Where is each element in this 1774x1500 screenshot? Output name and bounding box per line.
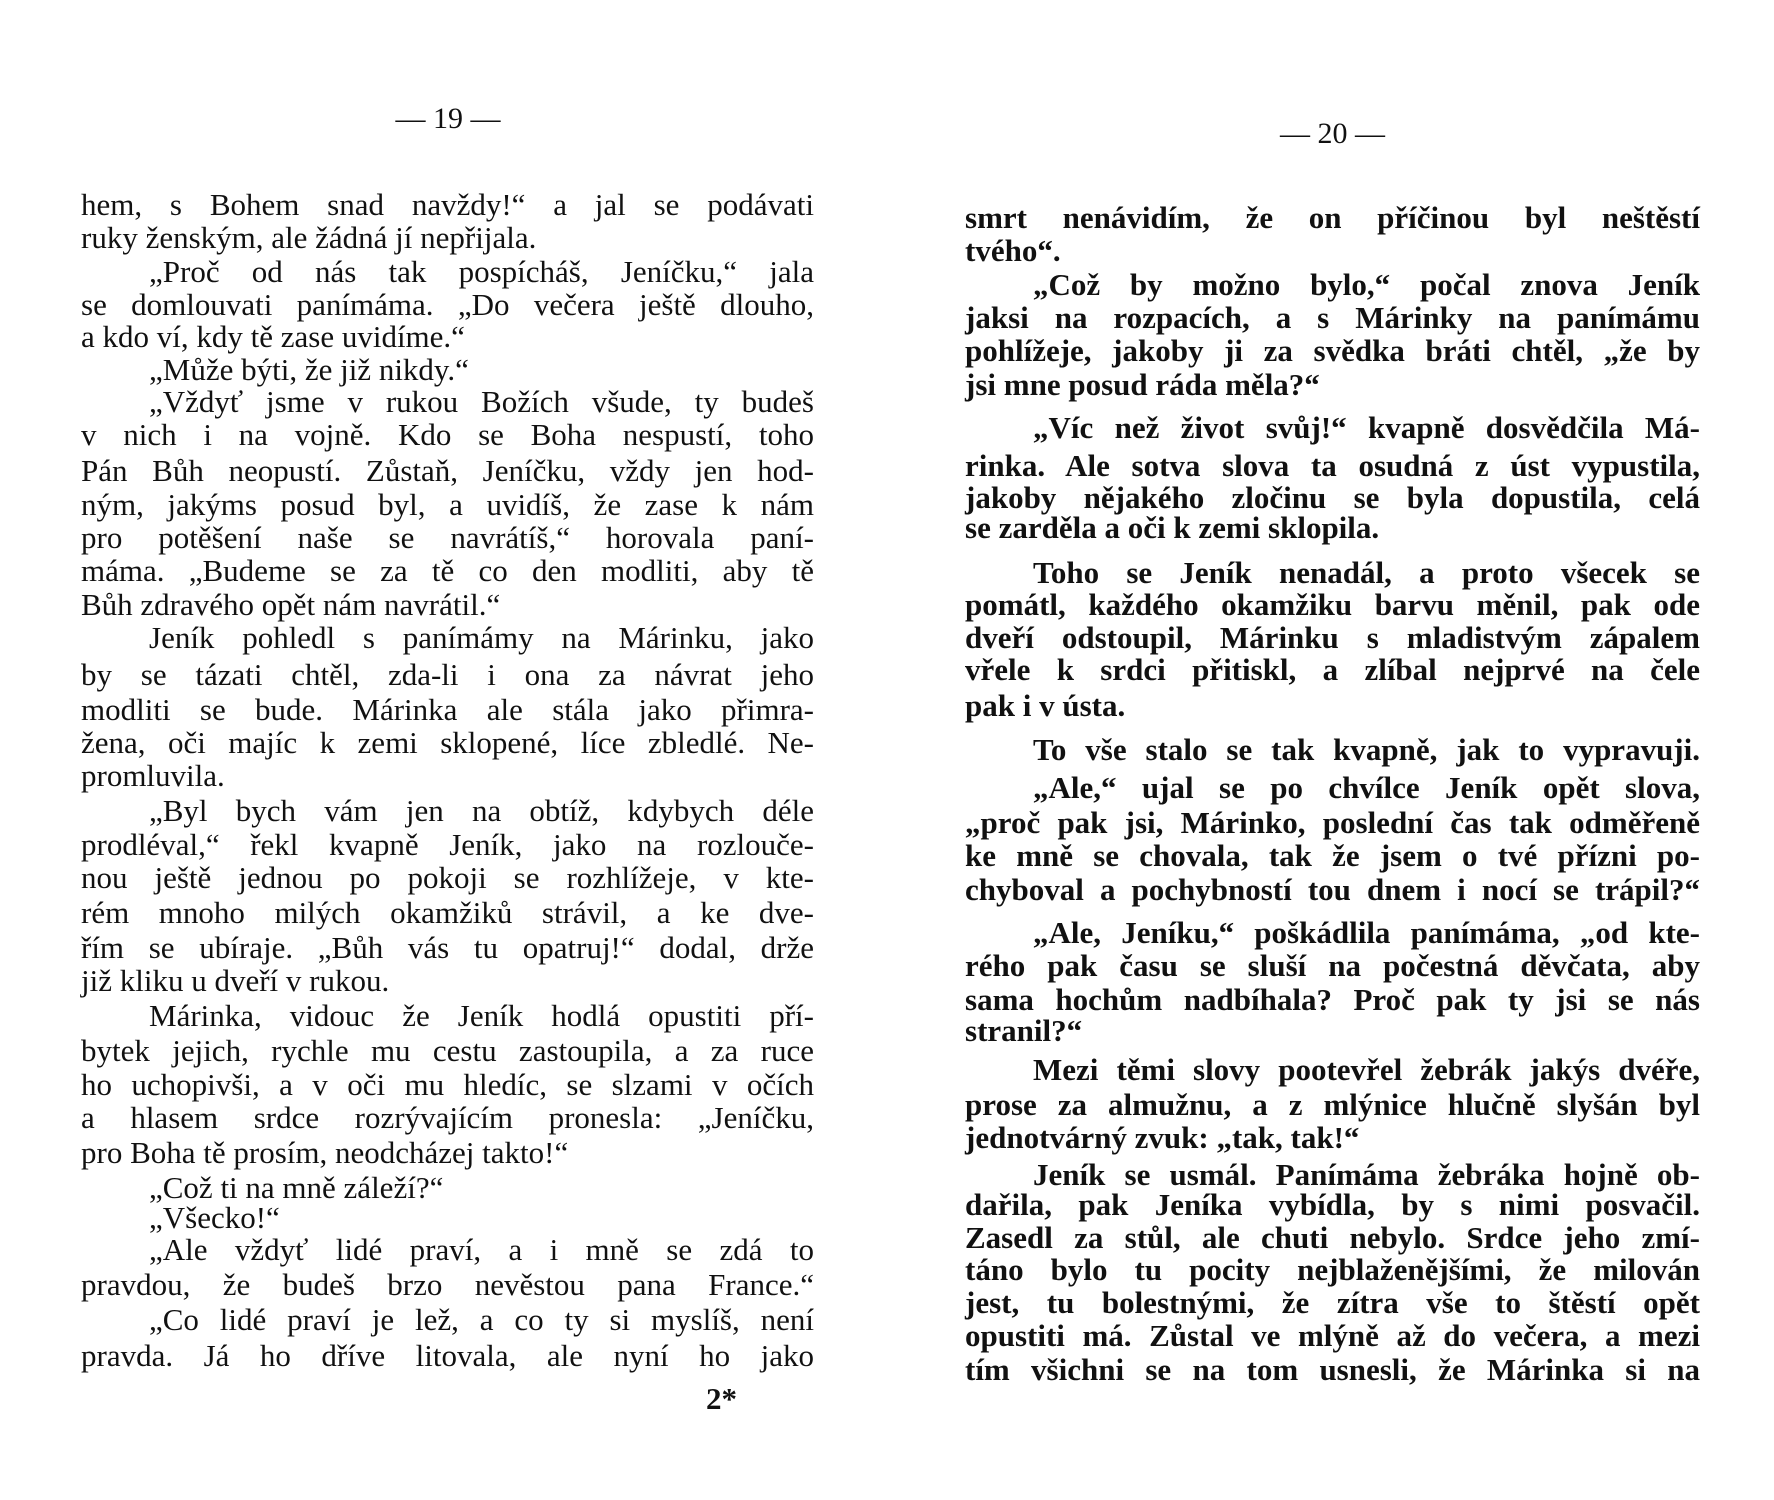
text-line: žena, oči majíc k zemi sklopené, líce zb… (81, 726, 814, 760)
text-line: ke mně se chovala, tak že jsem o tvé pří… (965, 839, 1700, 873)
text-line: prodléval,“ řekl kvapně Jeník, jako na r… (81, 828, 814, 862)
text-line: pomátl, každého okamžiku barvu měnil, pa… (965, 588, 1700, 622)
text-line: rého pak času se sluší na počestná děvča… (965, 949, 1700, 983)
text-line: Pán Bůh neopustí. Zůstaň, Jeníčku, vždy … (81, 454, 814, 488)
text-line: „Vždyť jsme v rukou Božích všude, ty bud… (81, 385, 814, 419)
text-line: sama hochům nadbíhala? Proč pak ty jsi s… (965, 983, 1700, 1017)
text-line: řím se ubíraje. „Bůh vás tu opatruj!“ do… (81, 931, 814, 965)
text-line: „Ale, Jeníku,“ poškádlila panímáma, „od … (965, 916, 1700, 950)
text-line: by se tázati chtěl, zda-li i ona za návr… (81, 658, 814, 692)
text-line: „Může býti, že již nikdy.“ (81, 353, 814, 387)
text-line: pohlížeje, jakoby ji za svědka bráti cht… (965, 334, 1700, 368)
text-line: již kliku u dveří v rukou. (81, 964, 814, 998)
text-line: ným, jakýms posud byl, a uvidíš, že zase… (81, 488, 814, 522)
text-line: hem, s Bohem snad navždy!“ a jal se podá… (81, 188, 814, 222)
text-line: pravdou, že budeš brzo nevěstou pana Fra… (81, 1268, 814, 1302)
text-line: „Byl bych vám jen na obtíž, kdybych déle (81, 794, 814, 828)
signature-mark: 2* (706, 1382, 737, 1416)
text-line: pak i v ústa. (965, 689, 1700, 723)
text-line: Toho se Jeník nenadál, a proto všecek se (965, 556, 1700, 590)
text-line: „Víc než život svůj!“ kvapně dosvědčila … (965, 411, 1700, 445)
text-line: Mezi těmi slovy pootevřel žebrák jakýs d… (965, 1053, 1700, 1087)
text-line: Bůh zdravého opět nám navrátil.“ (81, 588, 814, 622)
text-line: pro potěšení naše se navrátíš,“ horovala… (81, 521, 814, 555)
text-line: „Ale vždyť lidé praví, a i mně se zdá to (81, 1233, 814, 1267)
text-line: tvého“. (965, 234, 1700, 268)
text-line: a kdo ví, kdy tě zase uvidíme.“ (81, 320, 814, 354)
text-line: promluvila. (81, 759, 814, 793)
text-line: máma. „Budeme se za tě co den modliti, a… (81, 554, 814, 588)
text-line: rinka. Ale sotva slova ta osudná z úst v… (965, 449, 1700, 483)
text-line: modliti se bude. Márinka ale stála jako … (81, 693, 814, 727)
text-line: „Ale,“ ujal se po chvílce Jeník opět slo… (965, 771, 1700, 805)
text-line: prose za almužnu, a z mlýnice hlučně sly… (965, 1088, 1700, 1122)
text-line: opustiti má. Zůstal ve mlýně až do večer… (965, 1319, 1700, 1353)
text-line: pravda. Já ho dříve litovala, ale nyní h… (81, 1339, 814, 1373)
text-line: „Co lidé praví je lež, a co ty si myslíš… (81, 1303, 814, 1337)
text-line: jednotvárný zvuk: „tak, tak!“ (965, 1121, 1700, 1155)
text-line: stranil?“ (965, 1014, 1700, 1048)
text-line: jest, tu bolestnými, že zítra vše to ště… (965, 1286, 1700, 1320)
text-line: „Proč od nás tak pospícháš, Jeníčku,“ ja… (81, 255, 814, 289)
text-line: „Což by možno bylo,“ počal znova Jeník (965, 268, 1700, 302)
text-line: se zarděla a oči k zemi sklopila. (965, 511, 1700, 545)
text-line: tím všichni se na tom usnesli, že Márink… (965, 1353, 1700, 1387)
text-line: jsi mne posud ráda měla?“ (965, 368, 1700, 402)
text-line: Zasedl za stůl, ale chuti nebylo. Srdce … (965, 1221, 1700, 1255)
page-number: — 20 — (965, 117, 1700, 151)
text-line: bytek jejich, rychle mu cestu zastoupila… (81, 1034, 814, 1068)
text-line: ho uchopivši, a v oči mu hledíc, se slza… (81, 1068, 814, 1102)
text-line: „proč pak jsi, Márinko, poslední čas tak… (965, 806, 1700, 840)
text-line: ruky ženským, ale žádná jí nepřijala. (81, 221, 814, 255)
text-line: dveří odstoupil, Márinku s mladistvým zá… (965, 621, 1700, 655)
text-line: jaksi na rozpacích, a s Márinky na paním… (965, 301, 1700, 335)
text-line: Márinka, vidouc že Jeník hodlá opustiti … (81, 999, 814, 1033)
text-line: „Všecko!“ (81, 1201, 814, 1235)
left-page: — 19 — hem, s Bohem snad navždy!“ a jal … (0, 0, 887, 1500)
text-line: chyboval a pochybností tou dnem i nocí s… (965, 873, 1700, 907)
text-line: vřele k srdci přitiskl, a zlíbal nejprvé… (965, 653, 1700, 687)
text-line: dařila, pak Jeníka vybídla, by s nimi po… (965, 1188, 1700, 1222)
text-line: To vše stalo se tak kvapně, jak to vypra… (965, 733, 1700, 767)
text-line: v nich i na vojně. Kdo se Boha nespustí,… (81, 418, 814, 452)
text-line: táno bylo tu pocity nejblaženějšími, že … (965, 1253, 1700, 1287)
right-page: — 20 — smrt nenávidím, že on příčinou by… (887, 0, 1774, 1500)
text-line: Jeník pohledl s panímámy na Márinku, jak… (81, 621, 814, 655)
text-line: a hlasem srdce rozrývajícím pronesla: „J… (81, 1101, 814, 1135)
text-line: rém mnoho milých okamžiků strávil, a ke … (81, 896, 814, 930)
text-line: smrt nenávidím, že on příčinou byl neště… (965, 201, 1700, 235)
text-line: se domlouvati panímáma. „Do večera ještě… (81, 288, 814, 322)
page-number: — 19 — (81, 102, 815, 136)
text-line: nou ještě jednou po pokoji se rozhlížeje… (81, 861, 814, 895)
text-line: pro Boha tě prosím, neodcházej takto!“ (81, 1136, 814, 1170)
